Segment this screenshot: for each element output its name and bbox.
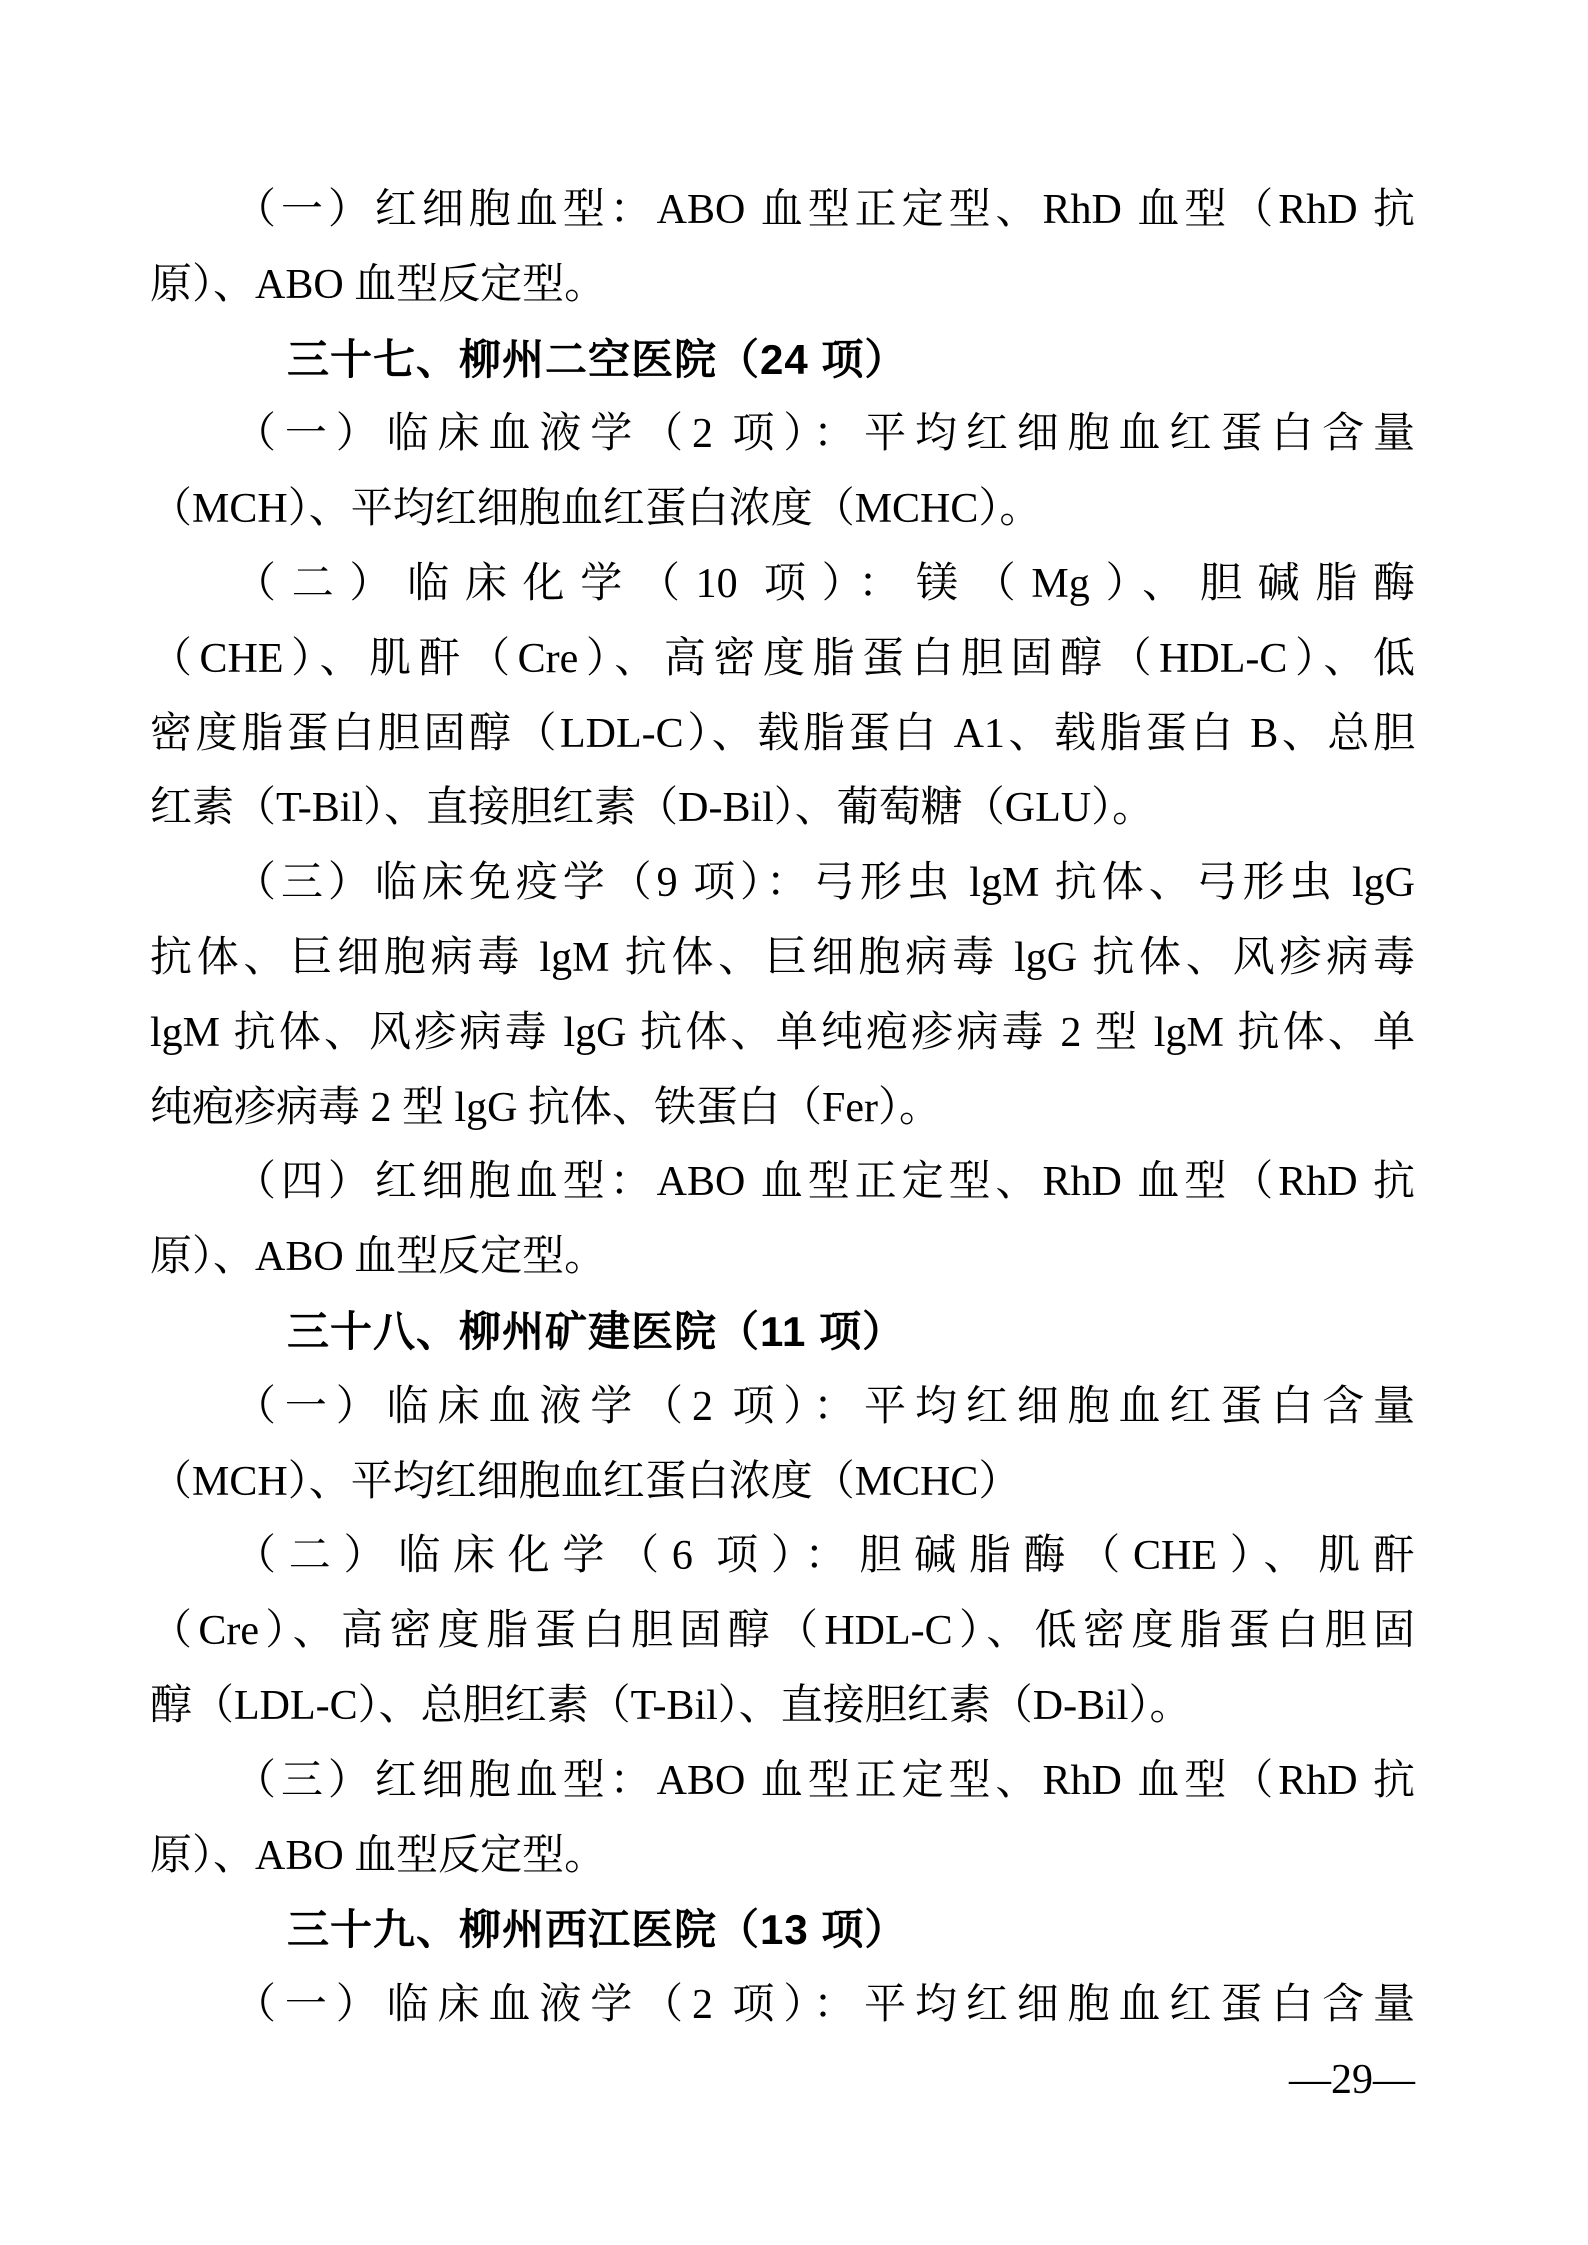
text-line: （一）临床血液学（2 项）：平均红细胞血红蛋白含量 xyxy=(150,1370,1415,1445)
text-line: 原）、ABO 血型反定型。 xyxy=(150,1220,1415,1295)
document-page: （一）红细胞血型：ABO 血型正定型、RhD 血型（RhD 抗原）、ABO 血型… xyxy=(0,0,1588,2245)
text-line: （一）临床血液学（2 项）：平均红细胞血红蛋白含量 xyxy=(150,397,1415,472)
text-line: 原）、ABO 血型反定型。 xyxy=(150,248,1415,323)
text-line: （二）临床化学（10 项）：镁（Mg）、胆碱脂酶 xyxy=(150,547,1415,622)
page-number: —29— xyxy=(150,2043,1415,2118)
text-line: lgM 抗体、风疹病毒 lgG 抗体、单纯疱疹病毒 2 型 lgM 抗体、单 xyxy=(150,996,1415,1071)
text-line: 纯疱疹病毒 2 型 lgG 抗体、铁蛋白（Fer）。 xyxy=(150,1071,1415,1146)
text-line: （二）临床化学（6 项）：胆碱脂酶（CHE）、肌酐 xyxy=(150,1519,1415,1594)
text-line: 红素（T-Bil）、直接胆红素（D-Bil）、葡萄糖（GLU）。 xyxy=(150,771,1415,846)
text-line: （MCH）、平均红细胞血红蛋白浓度（MCHC） xyxy=(150,1445,1415,1520)
text-line: （CHE）、肌酐（Cre）、高密度脂蛋白胆固醇（HDL-C）、低 xyxy=(150,622,1415,697)
text-line: （一）红细胞血型：ABO 血型正定型、RhD 血型（RhD 抗 xyxy=(150,173,1415,248)
text-line: （一）临床血液学（2 项）：平均红细胞血红蛋白含量 xyxy=(150,1968,1415,2043)
text-line: （Cre）、高密度脂蛋白胆固醇（HDL-C）、低密度脂蛋白胆固 xyxy=(150,1594,1415,1669)
text-line: （三）红细胞血型：ABO 血型正定型、RhD 血型（RhD 抗 xyxy=(150,1744,1415,1819)
text-line: 抗体、巨细胞病毒 lgM 抗体、巨细胞病毒 lgG 抗体、风疹病毒 xyxy=(150,921,1415,996)
text-line: （四）红细胞血型：ABO 血型正定型、RhD 血型（RhD 抗 xyxy=(150,1145,1415,1220)
document-body: （一）红细胞血型：ABO 血型正定型、RhD 血型（RhD 抗原）、ABO 血型… xyxy=(150,173,1415,2043)
text-line: 原）、ABO 血型反定型。 xyxy=(150,1819,1415,1894)
text-line: （MCH）、平均红细胞血红蛋白浓度（MCHC）。 xyxy=(150,472,1415,547)
section-heading: 三十七、柳州二空医院（24 项） xyxy=(150,323,1415,398)
section-heading: 三十八、柳州矿建医院（11 项） xyxy=(150,1295,1415,1370)
text-line: 密度脂蛋白胆固醇（LDL-C）、载脂蛋白 A1、载脂蛋白 B、总胆 xyxy=(150,697,1415,772)
text-line: 醇（LDL-C）、总胆红素（T-Bil）、直接胆红素（D-Bil）。 xyxy=(150,1669,1415,1744)
text-line: （三）临床免疫学（9 项）：弓形虫 lgM 抗体、弓形虫 lgG xyxy=(150,846,1415,921)
section-heading: 三十九、柳州西江医院（13 项） xyxy=(150,1893,1415,1968)
